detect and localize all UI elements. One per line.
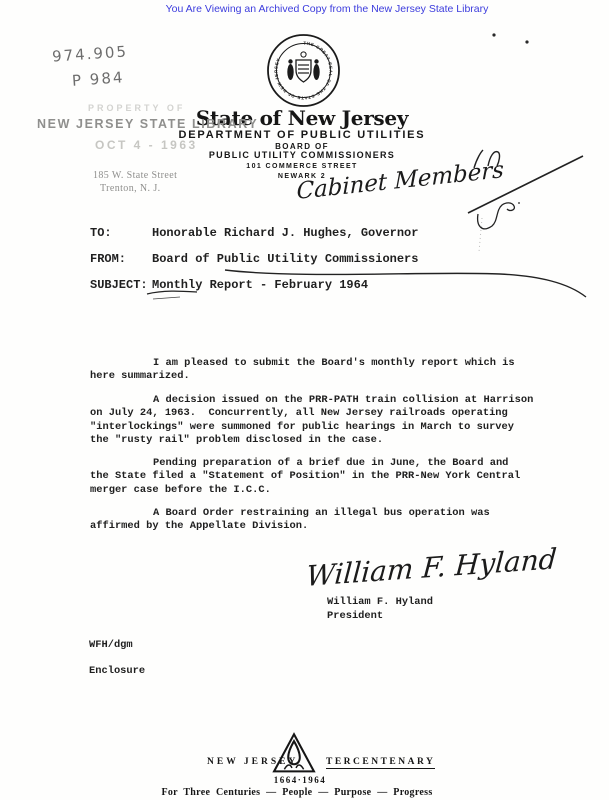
faint-dotted-trail [479, 218, 482, 252]
body-line: affirmed by the Appellate Division. [90, 520, 490, 533]
body-line: the State filed a "Statement of Position… [90, 470, 520, 483]
stamp-received-date: OCT 4 - 1963 [95, 138, 198, 152]
body-line: on July 24, 1963. Concurrently, all New … [90, 407, 533, 420]
new-jersey-state-seal: THE GREAT SEAL OF THE STATE OF NEW JERSE… [266, 33, 341, 108]
typist-initials: WFH/dgm [89, 639, 133, 651]
stamp-faint-line: PROPERTY OF [88, 103, 185, 113]
pen-dot [518, 202, 520, 204]
body-line: A Board Order restraining an illegal bus… [90, 507, 490, 520]
pen-underline-subject-2 [153, 297, 180, 299]
typed-signer-title: President [327, 610, 383, 622]
pencil-call-number-line1: 974.905 [51, 42, 128, 65]
memo-from-label: FROM: [90, 252, 152, 266]
body-line: I am pleased to submit the Board's month… [90, 357, 515, 370]
pencil-call-number-line2: P 984 [71, 68, 125, 90]
memo-subject-label: SUBJECT: [90, 278, 152, 292]
tercentenary-right-text: TERCENTENARY [326, 757, 435, 769]
memo-from-value: Board of Public Utility Commissioners [152, 252, 418, 266]
letterhead-commissioners: PUBLIC UTILITY COMMISSIONERS [209, 150, 395, 160]
body-line: A decision issued on the PRR-PATH train … [90, 394, 533, 407]
stamp-address-street: 185 W. State Street [93, 170, 177, 181]
memo-to-value: Honorable Richard J. Hughes, Governor [152, 226, 418, 240]
state-seal-icon: THE GREAT SEAL OF THE STATE OF NEW JERSE… [266, 33, 341, 108]
memo-subject-row: SUBJECT:Monthly Report - February 1964 [90, 278, 368, 292]
stamp-address-city: Trenton, N. J. [100, 183, 161, 194]
enclosure-note: Enclosure [89, 665, 145, 677]
body-line: merger case before the I.C.C. [90, 484, 520, 497]
memo-from-row: FROM:Board of Public Utility Commissione… [90, 252, 418, 266]
letterhead-street: 101 COMMERCE STREET [246, 163, 357, 170]
paragraph-4: A Board Order restraining an illegal bus… [90, 507, 490, 534]
pen-flourish-tail [478, 203, 515, 229]
typed-signer-name: William F. Hyland [327, 596, 433, 608]
archive-banner: You Are Viewing an Archived Copy from th… [166, 3, 489, 15]
memo-to-row: TO:Honorable Richard J. Hughes, Governor [90, 226, 418, 240]
memo-to-label: TO: [90, 226, 152, 240]
body-line: Pending preparation of a brief due in Ju… [90, 457, 520, 470]
speck-2 [525, 40, 528, 43]
seal-ring-text: THE GREAT SEAL OF THE STATE OF NEW JERSE… [273, 40, 333, 100]
tercentenary-triangle-icon [272, 732, 316, 775]
tercentenary-slogan: For Three Centuries — People — Purpose —… [161, 787, 432, 798]
paragraph-1: I am pleased to submit the Board's month… [90, 357, 515, 384]
paragraph-2: A decision issued on the PRR-PATH train … [90, 394, 533, 447]
scanned-letter-page: You Are Viewing an Archived Copy from th… [0, 0, 609, 800]
stamp-library-name: NEW JERSEY STATE LIBRARY [37, 117, 258, 131]
body-line: here summarized. [90, 370, 515, 383]
memo-subject-value: Monthly Report - February 1964 [152, 278, 368, 292]
tercentenary-logo [272, 732, 316, 775]
svg-text:THE GREAT SEAL OF THE STATE OF: THE GREAT SEAL OF THE STATE OF NEW JERSE… [273, 40, 333, 100]
tercentenary-years: 1664·1964 [274, 775, 327, 785]
body-line: the "rusty rail" problem disclosed in th… [90, 434, 533, 447]
speck-1 [492, 33, 495, 36]
paragraph-3: Pending preparation of a brief due in Ju… [90, 457, 520, 497]
body-line: "interlockings" were summoned for public… [90, 421, 533, 434]
handwritten-signature: William F. Hyland [305, 542, 558, 593]
